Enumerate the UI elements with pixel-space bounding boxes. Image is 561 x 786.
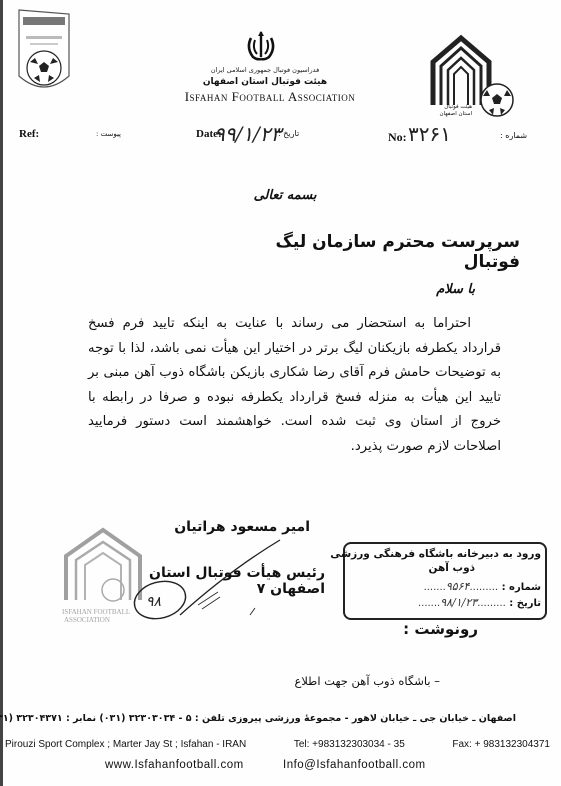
footer-website-link[interactable]: www.Isfahanfootball.com bbox=[105, 759, 244, 771]
logo-caption: هیئت فوتبال استان اصفهان bbox=[432, 104, 472, 118]
footer-contact-en: Pirouzi Sport Complex ; Marter Jay St ; … bbox=[5, 739, 550, 750]
logo-caption-line-2: استان اصفهان bbox=[432, 111, 472, 118]
receipt-date-row: تاریخ : .........۹۸/۱/۲۳....... bbox=[418, 596, 541, 609]
federation-name: فدراسیون فوتبال جمهوری اسلامی ایران bbox=[190, 66, 340, 74]
receipt-number-row: شماره : .........۹۵۶۴....... bbox=[424, 580, 541, 593]
footer-email-link[interactable]: Info@Isfahanfootball.com bbox=[283, 759, 426, 771]
footer-fax: Fax: + 983132304371 bbox=[452, 739, 550, 750]
svg-text:ASSOCIATION: ASSOCIATION bbox=[64, 616, 110, 624]
handwritten-signature-icon: ۹۸ bbox=[120, 530, 300, 630]
iran-emblem-icon bbox=[244, 30, 278, 64]
footer-address-fa: اصفهان ـ خیابان جی ـ خیابان لاهور - مجمو… bbox=[6, 713, 516, 724]
letter-body-paragraph: احتراما به استحضار می رساند با عنایت به … bbox=[88, 312, 501, 459]
scan-edge bbox=[0, 0, 3, 786]
date-value: ۹۹/۱/۲۳ bbox=[214, 122, 281, 146]
letter-number-value: ۳۲۶۱ bbox=[408, 122, 451, 146]
logo-caption-line-1: هیئت فوتبال bbox=[432, 104, 472, 111]
attachment-label: پیوست : bbox=[96, 130, 121, 138]
letter-body: احتراما به استحضار می رساند با عنایت به … bbox=[88, 312, 501, 459]
board-name-en: Isfahan Football Association bbox=[160, 89, 380, 105]
copy-to-item: – باشگاه ذوب آهن جهت اطلاع bbox=[250, 674, 440, 688]
number-label: No: bbox=[388, 130, 407, 145]
receipt-date-label: تاریخ : bbox=[509, 598, 541, 609]
secretariat-receipt-stamp: ورود به دبیرخانه باشگاه فرهنگی ورزشی ذوب… bbox=[343, 542, 547, 620]
date-fa-label: : تاریخ bbox=[278, 129, 299, 138]
board-name-fa: هیئت فوتبال استان اصفهان bbox=[190, 77, 340, 87]
copy-to-label: رونوشت : bbox=[398, 620, 478, 638]
receipt-date-value: ۹۸/۱/۲۳ bbox=[440, 596, 477, 609]
svg-text:۹۸: ۹۸ bbox=[146, 594, 162, 610]
receipt-number-value: ۹۵۶۴ bbox=[446, 580, 470, 593]
federation-badge-icon bbox=[16, 6, 72, 96]
receipt-number-label: شماره : bbox=[502, 582, 541, 593]
ref-label: Ref: bbox=[19, 128, 39, 140]
footer-tel: Tel: +983132303034 - 35 bbox=[294, 739, 405, 750]
greeting: با سلام bbox=[380, 282, 475, 297]
footer-address-en: Pirouzi Sport Complex ; Marter Jay St ; … bbox=[5, 739, 246, 750]
receipt-title: ورود به دبیرخانه باشگاه فرهنگی ورزشی bbox=[330, 548, 541, 560]
letter-page: فدراسیون فوتبال جمهوری اسلامی ایران هیئت… bbox=[0, 0, 561, 786]
number-fa-label: : شماره bbox=[500, 131, 527, 140]
addressee: سرپرست محترم سازمان لیگ فوتبال bbox=[230, 232, 520, 272]
receipt-subtitle: ذوب آهن bbox=[429, 562, 475, 574]
invocation: بسمه تعالی bbox=[240, 188, 330, 203]
